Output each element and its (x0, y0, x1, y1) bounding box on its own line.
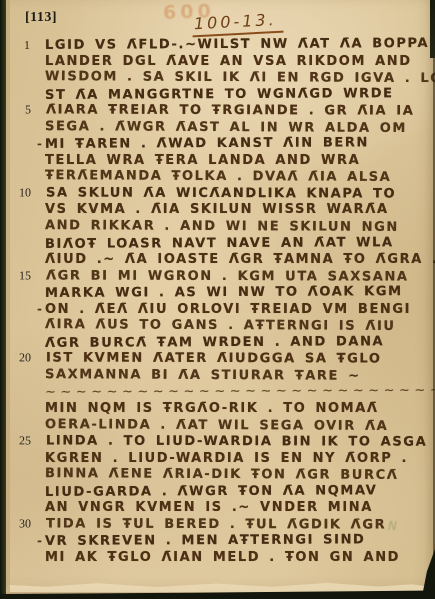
line-text: ST Λ̄A MANGGRTNE TO WGNΛ̄GD WRDE (45, 86, 394, 103)
manuscript-line: LIUD-GARDA . Λ̄WGR ŦON Λ̄A NQMAV (10, 483, 431, 502)
manuscript-line: ŦERΛ̄EMANDA ŦOLKA . DVAΛ̄ Λ̄IA ALSA (10, 168, 431, 187)
line-text: Λ̄IUD .~ Λ̄A IOASTE Λ̄GR ŦAMNA ŦO Λ̄GRA … (45, 252, 435, 267)
line-text: MIN NQM IS ŦRGΛ̄O-RIK . TO NOMAΛ̄ (45, 401, 379, 416)
manuscript-line: MARKA WGI . AS WI NW TO Λ̄OAK KGM (10, 284, 431, 303)
line-number: 20 (11, 351, 31, 366)
line-text: VR SKREVEN . MEN AŦTERNGI SIND (45, 533, 366, 550)
manuscript-line: VS KVMA . Λ̄IA SKILUN WISSR WARΛ̄A (10, 202, 431, 219)
margin-mark: - (30, 302, 45, 316)
line-text: AND RIKKAR . AND WI NE SKILUN NGN (45, 218, 399, 235)
line-text: TELLA WRA ŦERA LANDA AND WRA (45, 153, 360, 168)
line-text: ON . Λ̄EΛ̄ Λ̄IU ORLOVI ŦREIAD VM BENGI (45, 302, 411, 317)
manuscript-line: AND RIKKAR . AND WI NE SKILUN NGN (10, 218, 431, 237)
manuscript-line: KGREN . LIUD-WARDIA IS EN NY Λ̄ORP . (10, 451, 431, 468)
line-number: 30 (11, 516, 31, 531)
manuscript-line: 1LGID VS Λ̄FLD-.~WILST NW Λ̄AT Λ̄A BOPPA (10, 36, 431, 55)
folio-number: [113] (25, 10, 57, 26)
section-divider-squiggle: ~~~~~~~~~~~~~~~~~~~~~~~~~~~~ (10, 383, 431, 402)
manuscript-text-block: 1LGID VS Λ̄FLD-.~WILST NW Λ̄AT Λ̄A BOPPA… (10, 37, 431, 567)
manuscript-scan: 600 [113] 100-13. 1LGID VS Λ̄FLD-.~WILST… (0, 0, 435, 599)
divider-strokes: ~~~~~~~~~~~~~~~~~~~~~~~~~~~~ (45, 385, 435, 399)
manuscript-line: ST Λ̄A MANGGRTNE TO WGNΛ̄GD WRDE (10, 86, 431, 105)
line-text: KGREN . LIUD-WARDIA IS EN NY Λ̄ORP . (45, 451, 408, 466)
manuscript-line: BINNA Λ̄ENE Λ̄RIA-DIK ŦON Λ̄GR BURCΛ̄ (10, 466, 431, 485)
line-text: MI AK ŦGLO Λ̄IAN MELD . ŦON GN AND (45, 550, 400, 565)
line-number: 5 (11, 103, 31, 118)
line-number: 15 (11, 268, 31, 283)
manuscript-line: TELLA WRA ŦERA LANDA AND WRA (10, 153, 431, 170)
line-number: 25 (11, 433, 31, 448)
line-text: Λ̄GR BI MI WGRON . KGM UTA SAXSANA (46, 268, 409, 284)
margin-mark: - (30, 137, 45, 151)
bleedthrough-mark: N (388, 519, 398, 533)
manuscript-line: 10SA SKLUN Λ̄A WICΛ̄ANDLIKA KNAPA TO (11, 185, 432, 203)
line-text: MARKA WGI . AS WI NW TO Λ̄OAK KGM (45, 284, 403, 301)
manuscript-line: BIΛ̄OŦ LOASR NAVT NAVE AN Λ̄AT WLA (10, 235, 431, 254)
page-annotation: 100-13. (191, 10, 283, 38)
line-text: MI ŦAREN . Λ̄WAD KANST Λ̄IN BERN (45, 136, 369, 153)
manuscript-line: 25LINDA . TO LIUD-WARDIA BIN IK TO ASGA (11, 433, 432, 451)
line-text: LIUD-GARDA . Λ̄WGR ŦON Λ̄A NQMAV (45, 483, 377, 500)
line-text: BINNA Λ̄ENE Λ̄RIA-DIK ŦON Λ̄GR BURCΛ̄ (45, 466, 398, 483)
line-text: Λ̄IRA Λ̄US TO GANS . AŦTERNGI IS Λ̄IU (45, 317, 396, 334)
manuscript-line: Λ̄IUD .~ Λ̄A IOASTE Λ̄GR ŦAMNA ŦO Λ̄GRA … (10, 252, 431, 269)
manuscript-line: 15Λ̄GR BI MI WGRON . KGM UTA SAXSANA (11, 268, 432, 286)
line-number: 10 (11, 185, 31, 200)
line-text: TIDA IS ŦUL BERED . ŦUL Λ̄GDIK Λ̄GR (46, 516, 386, 532)
manuscript-line: -VR SKREVEN . MEN AŦTERNGI SIND (10, 532, 431, 551)
line-text: OERA-LINDA . Λ̄AT WIL SEGA OVIR Λ̄A (45, 417, 388, 434)
line-text: SA SKLUN Λ̄A WICΛ̄ANDLIKA KNAPA TO (46, 185, 396, 201)
line-text: Λ̄GR BURCΛ̄ ŦAM WRDEN . AND DANA (45, 334, 384, 351)
manuscript-line: LANDER DGL Λ̄AVE AN VSA RIKDOM AND (10, 54, 431, 71)
manuscript-line: 20IST KVMEN Λ̄ATER Λ̄IUDGGA SA ŦGLO (11, 351, 432, 369)
manuscript-line: Λ̄IRA Λ̄US TO GANS . AŦTERNGI IS Λ̄IU (10, 317, 431, 336)
manuscript-line: MI AK ŦGLO Λ̄IAN MELD . ŦON GN AND (10, 550, 431, 567)
line-text: VS KVMA . Λ̄IA SKILUN WISSR WARΛ̄A (45, 202, 389, 217)
line-text: LINDA . TO LIUD-WARDIA BIN IK TO ASGA (46, 434, 427, 450)
photo-edge-right-top (430, 0, 435, 58)
manuscript-line: 5Λ̄IARA ŦREIAR TO ŦRGIANDE . GR Λ̄IA IA (11, 103, 432, 121)
line-text: IST KVMEN Λ̄ATER Λ̄IUDGGA SA ŦGLO (46, 351, 382, 367)
manuscript-line: AN VNGR KVMEN IS .~ VNDER MINA (10, 500, 431, 517)
line-text: SAXMANNA BI Λ̄A STIURAR ŦARE ~ (45, 367, 361, 384)
line-text: LANDER DGL Λ̄AVE AN VSA RIKDOM AND (45, 54, 412, 69)
manuscript-line: -ON . Λ̄EΛ̄ Λ̄IU ORLOVI ŦREIAD VM BENGI (10, 302, 431, 319)
manuscript-line: -MI ŦAREN . Λ̄WAD KANST Λ̄IN BERN (10, 135, 431, 154)
line-text: BIΛ̄OŦ LOASR NAVT NAVE AN Λ̄AT WLA (45, 235, 394, 252)
line-number: 1 (10, 38, 30, 53)
manuscript-line: OERA-LINDA . Λ̄AT WIL SEGA OVIR Λ̄A (10, 416, 431, 435)
line-text: WISDOM . SA SKIL IK Λ̄I EN RGD IGVA . LG… (45, 69, 435, 86)
line-text: LGID VS Λ̄FLD-.~WILST NW Λ̄AT Λ̄A BOPPA (45, 36, 429, 53)
page-under-edge (6, 0, 10, 599)
margin-mark: - (30, 534, 45, 548)
line-text: AN VNGR KVMEN IS .~ VNDER MINA (45, 500, 373, 515)
line-text: ŦERΛ̄EMANDA ŦOLKA . DVAΛ̄ Λ̄IA ALSA (45, 168, 391, 185)
manuscript-line: MIN NQM IS ŦRGΛ̄O-RIK . TO NOMAΛ̄ (10, 401, 431, 418)
line-text: SEGA . Λ̄WGR Λ̄AST AL IN WR ALDA OM (45, 119, 407, 136)
manuscript-line: WISDOM . SA SKIL IK Λ̄I EN RGD IGVA . LG… (10, 69, 431, 88)
line-text: Λ̄IARA ŦREIAR TO ŦRGIANDE . GR Λ̄IA IA (46, 103, 414, 119)
